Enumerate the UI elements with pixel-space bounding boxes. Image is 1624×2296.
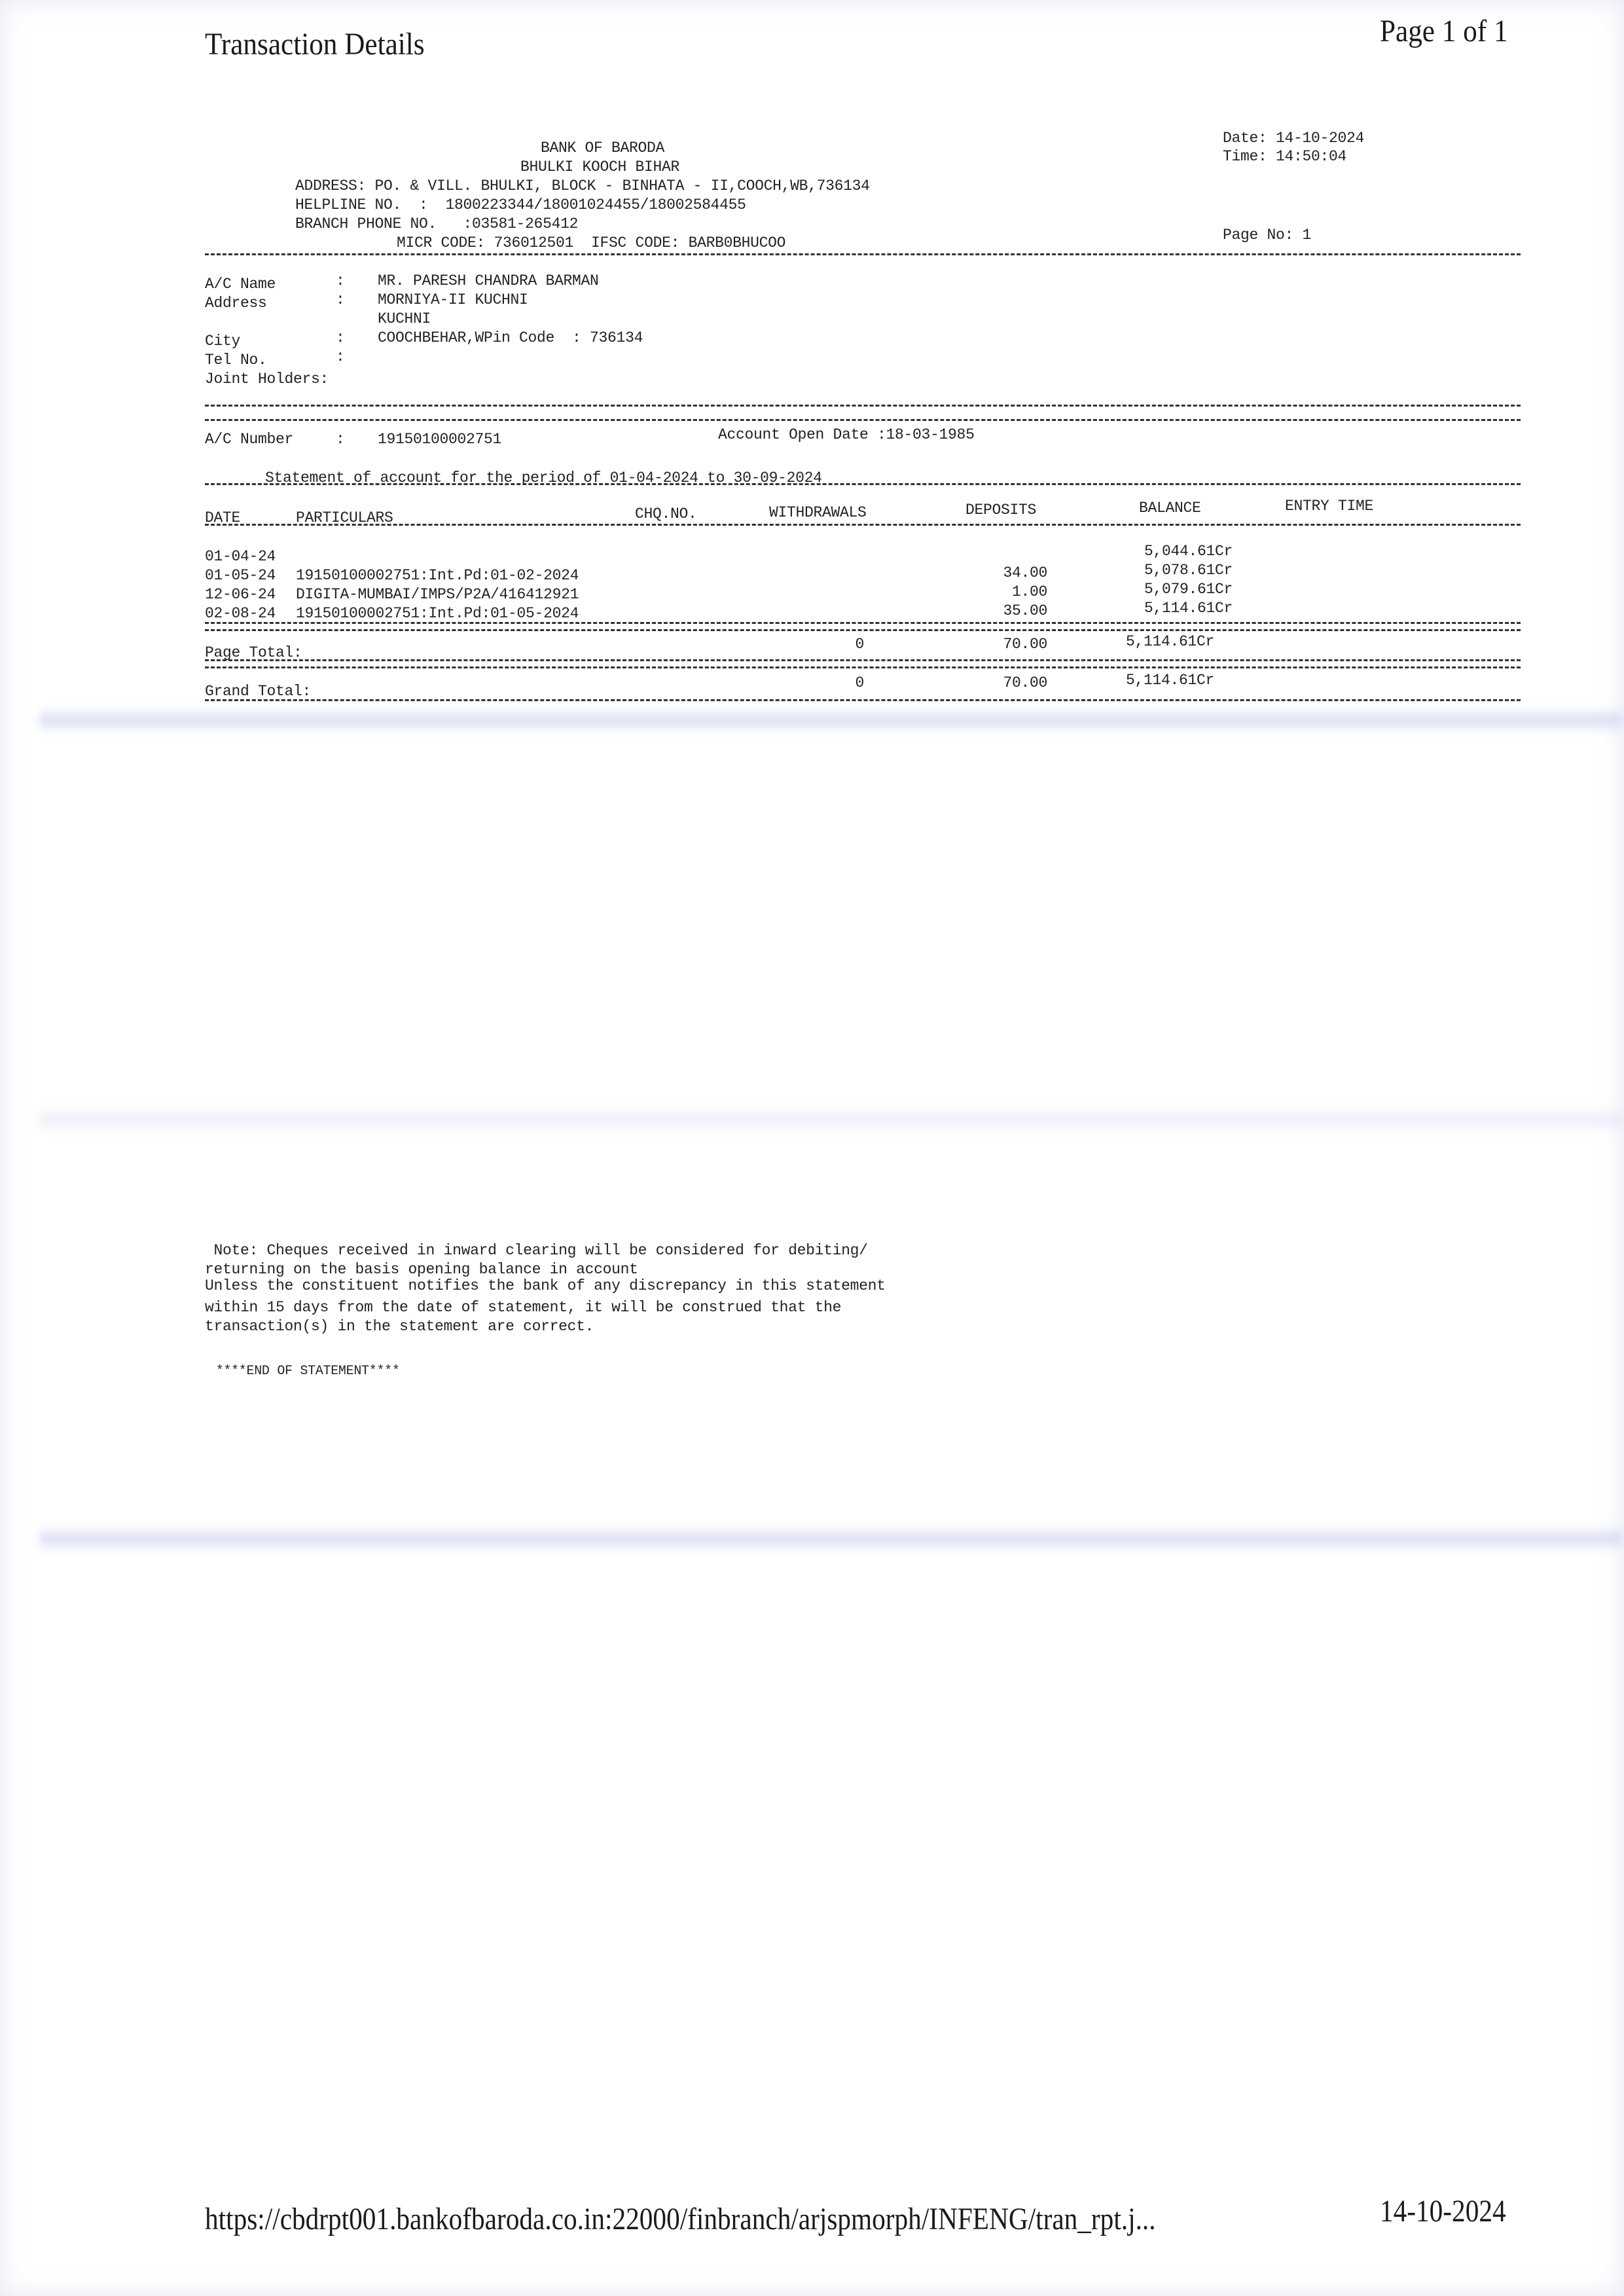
scan-edge-shading — [0, 0, 1624, 2296]
divider — [205, 524, 1521, 526]
grand-total-withdrawals: 0 — [785, 674, 864, 693]
branch-phone: BRANCH PHONE NO. :03581-265412 — [295, 215, 578, 234]
cell-balance: 5,079.61Cr — [1100, 580, 1233, 599]
cell-particulars: 19150100002751:Int.Pd:01-02-2024 — [296, 566, 579, 585]
column-header-withdrawals: WITHDRAWALS — [769, 503, 867, 522]
page-total-deposits: 70.00 — [943, 635, 1047, 654]
account-field-label: A/C Name — [205, 275, 276, 294]
divider — [205, 666, 1521, 668]
account-field-value: KUCHNI — [378, 310, 431, 329]
account-number-label: A/C Number — [205, 430, 293, 449]
divider — [205, 629, 1521, 631]
note-line: Note: Cheques received in inward clearin… — [205, 1241, 868, 1260]
document-title: Transaction Details — [205, 26, 425, 63]
cell-deposits: 35.00 — [943, 602, 1047, 621]
helpline: HELPLINE NO. : 1800223344/18001024455/18… — [295, 196, 746, 215]
account-field-value: COOCHBEHAR,WPin Code : 736134 — [378, 329, 643, 348]
grand-total-label: Grand Total: — [205, 682, 311, 701]
page-number: Page No: 1 — [1223, 226, 1311, 245]
branch-address: ADDRESS: PO. & VILL. BHULKI, BLOCK - BIN… — [295, 177, 870, 196]
account-field-value: MR. PARESH CHANDRA BARMAN — [378, 272, 599, 291]
paper-crease — [39, 1525, 1623, 1552]
note-line: Unless the constituent notifies the bank… — [205, 1277, 886, 1296]
account-field-label: Address — [205, 294, 267, 313]
cell-deposits: 1.00 — [943, 583, 1047, 602]
branch-name: BHULKI KOOCH BIHAR — [520, 158, 679, 177]
page-indicator: Page 1 of 1 — [1380, 13, 1508, 50]
cell-balance: 5,114.61Cr — [1100, 599, 1233, 618]
account-open-date: Account Open Date :18-03-1985 — [718, 426, 975, 445]
note-line: within 15 days from the date of statemen… — [205, 1298, 841, 1317]
page-total-withdrawals: 0 — [785, 635, 864, 654]
statement-date: Date: 14-10-2024 — [1223, 129, 1364, 148]
account-field-value: MORNIYA-II KUCHNI — [378, 291, 528, 310]
divider — [205, 405, 1521, 407]
cell-date: 01-04-24 — [205, 547, 276, 566]
column-header-balance: BALANCE — [1139, 499, 1201, 518]
bank-name: BANK OF BARODA — [541, 139, 664, 158]
cell-balance: 5,044.61Cr — [1100, 542, 1233, 561]
divider — [205, 483, 1521, 485]
divider — [205, 253, 1521, 255]
account-field-label: City — [205, 332, 240, 351]
divider — [205, 622, 1521, 624]
divider — [205, 659, 1521, 661]
note-line: transaction(s) in the statement are corr… — [205, 1317, 594, 1336]
account-field-label: Tel No. — [205, 351, 267, 370]
cell-particulars: DIGITA-MUMBAI/IMPS/P2A/416412921 — [296, 585, 579, 604]
account-field-separator: : — [336, 272, 345, 291]
cell-date: 01-05-24 — [205, 566, 276, 585]
cell-particulars: 19150100002751:Int.Pd:01-05-2024 — [296, 604, 579, 623]
source-url: https://cbdrpt001.bankofbaroda.co.in:220… — [205, 2201, 1156, 2238]
column-header-entry-time: ENTRY TIME — [1285, 497, 1373, 516]
divider — [205, 419, 1521, 421]
paper-crease — [39, 707, 1623, 733]
grand-total-deposits: 70.00 — [943, 674, 1047, 693]
cell-date: 12-06-24 — [205, 585, 276, 604]
statement-time: Time: 14:50:04 — [1223, 147, 1346, 166]
paper-crease — [39, 1106, 1623, 1133]
account-field-separator: : — [336, 348, 345, 367]
account-number-sep: : — [336, 430, 345, 449]
divider — [205, 699, 1521, 701]
account-field-separator: : — [336, 329, 345, 348]
account-field-label: Joint Holders: — [205, 370, 329, 389]
cell-date: 02-08-24 — [205, 604, 276, 623]
page-total-balance: 5,114.61Cr — [1100, 632, 1214, 651]
cell-deposits: 34.00 — [943, 564, 1047, 583]
bank-codes: MICR CODE: 736012501 IFSC CODE: BARB0BHU… — [397, 234, 785, 253]
account-number: 19150100002751 — [378, 430, 501, 449]
end-of-statement: ****END OF STATEMENT**** — [208, 1362, 400, 1381]
account-field-separator: : — [336, 291, 345, 310]
column-header-deposits: DEPOSITS — [965, 501, 1036, 520]
cell-balance: 5,078.61Cr — [1100, 561, 1233, 580]
grand-total-balance: 5,114.61Cr — [1100, 671, 1214, 690]
column-header-chq-no: CHQ.NO. — [635, 505, 697, 524]
print-date: 14-10-2024 — [1380, 2193, 1506, 2230]
